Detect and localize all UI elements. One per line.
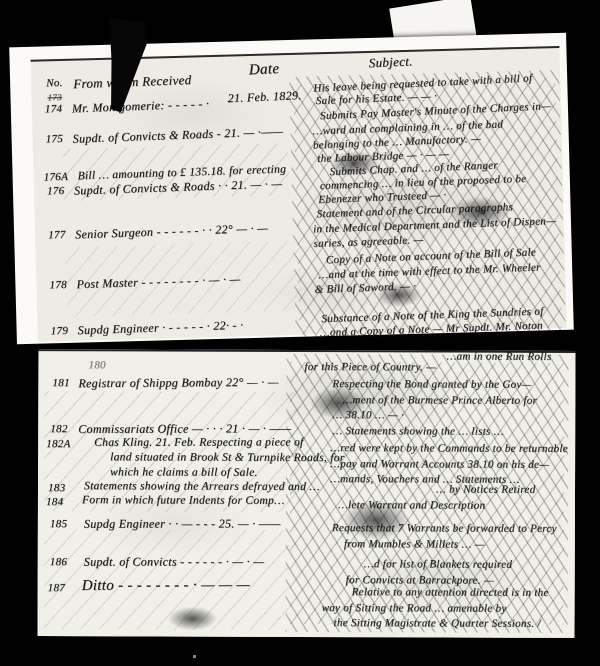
entry-number: 183 (48, 482, 65, 494)
entry-from: Post Master - - - - - - - - · — · — (76, 272, 241, 292)
ledger-sheet-top: No. 173 From whom Received Date Subject.… (31, 46, 567, 342)
subject-line: …pay and Warrant Accounts 38.10 on his d… (330, 458, 549, 471)
entry-number: 185 (50, 518, 67, 530)
entry-from: Commissariats Office — · · · 21 · — · —— (78, 421, 291, 437)
subject-line: & Bill of Saword. — · (314, 280, 416, 296)
entry-number: 177 (48, 229, 66, 241)
subject-line: Respecting the Bond granted by the Gov— (332, 378, 531, 391)
subject-line: the Sitting Magistrate & Quarter Session… (334, 617, 541, 630)
subject-continuation-line: …am in one Run Rolls (446, 350, 551, 362)
subject-line: …lete Warrant and Description (338, 499, 485, 512)
entry-number: 175 (45, 133, 63, 145)
entry-number: 174 (45, 103, 63, 115)
subject-line: for Convicts at Barrackpore. — (346, 574, 494, 587)
subject-line: …red were kept by the Commands to be ret… (330, 442, 568, 455)
scanned-page-bottom: …am in one Run Rolls for this Piece of C… (38, 349, 576, 638)
subject-line: Relative to any attention directed is in… (352, 586, 549, 599)
entry-number: 181 (52, 377, 69, 389)
entry-number: 186 (50, 556, 67, 568)
column-header-date: Date (249, 61, 280, 79)
subject-line: way of Sitting the Road … amenable by (322, 602, 507, 615)
entry-from: Supdg Engineer · · — - - - 25. — · —— (84, 516, 281, 531)
entry-note-line: which he claims a bill of Sale. (110, 466, 258, 479)
subject-line: … 38.10 … — · (332, 409, 404, 421)
entry-from: Statements showing the Arrears defrayed … (84, 480, 320, 493)
entry-from: Supdt. of Convicts - - - - - - · — · — (84, 554, 264, 569)
subject-line: …ment of the Burmese Prince Alberto for (342, 394, 537, 407)
entry-from: Ditto - - - - - - - - · — — — (82, 577, 250, 595)
ledger-sheet-bottom: …am in one Run Rolls for this Piece of C… (38, 349, 576, 638)
struck-entry-number: 173 (47, 92, 62, 102)
entry-from: Supdg Engineer · - - - - - · 22· - · (77, 318, 243, 338)
entry-from: Supdt. of Convicts & Roads - 21. — ·—— (72, 124, 283, 147)
entry-number: 176 (47, 185, 65, 197)
entry-number: 178 (49, 279, 67, 291)
subject-line: … Statements showing the … lists … (332, 425, 504, 438)
entry-date: 21. Feb. 1829. (227, 88, 301, 106)
entry-number-partial: 180 (88, 359, 105, 371)
subject-continuation-line: for this Piece of Country. — (304, 361, 436, 373)
column-header-subject: Subject. (368, 53, 413, 71)
scanned-page-top: No. 173 From whom Received Date Subject.… (9, 33, 574, 344)
entry-from: Form in which future Indents for Comp… (82, 494, 285, 507)
entry-note-line: land situated in Brook St & Turnpike Roa… (110, 451, 344, 464)
entry-number: 182 (50, 423, 67, 435)
entry-number: 184 (46, 496, 63, 508)
ink-blot (158, 601, 228, 635)
entry-from: Mr. Montgomerie: - - - - - · (72, 96, 210, 116)
entry-from: Chas Kling. 21. Feb. Respecting a piece … (94, 436, 303, 448)
entry-number: 187 (48, 582, 65, 594)
entry-from: Registrar of Shippg Bombay 22° — · — (78, 375, 278, 391)
entry-number: 182A (46, 438, 70, 450)
scanned-register-image: { "document": "Register of letters recei… (0, 0, 600, 666)
entry-number: 179 (50, 325, 68, 337)
subject-line: …d for list of Blankets required (364, 558, 512, 571)
subject-line: Requests that 7 Warrants be forwarded to… (332, 522, 557, 535)
subject-line: … by Notices Retired (436, 483, 535, 495)
entry-from: Senior Surgeon - - - - - - · · 22° — · — (75, 221, 268, 243)
subject-line: from Mumbles & Millets … — (344, 538, 485, 550)
subject-line: saries, as agreeable. — (313, 234, 423, 250)
column-header-no: No. (46, 77, 63, 89)
entry-number: 176A (43, 171, 68, 184)
scanner-artifact-speck (193, 655, 196, 658)
